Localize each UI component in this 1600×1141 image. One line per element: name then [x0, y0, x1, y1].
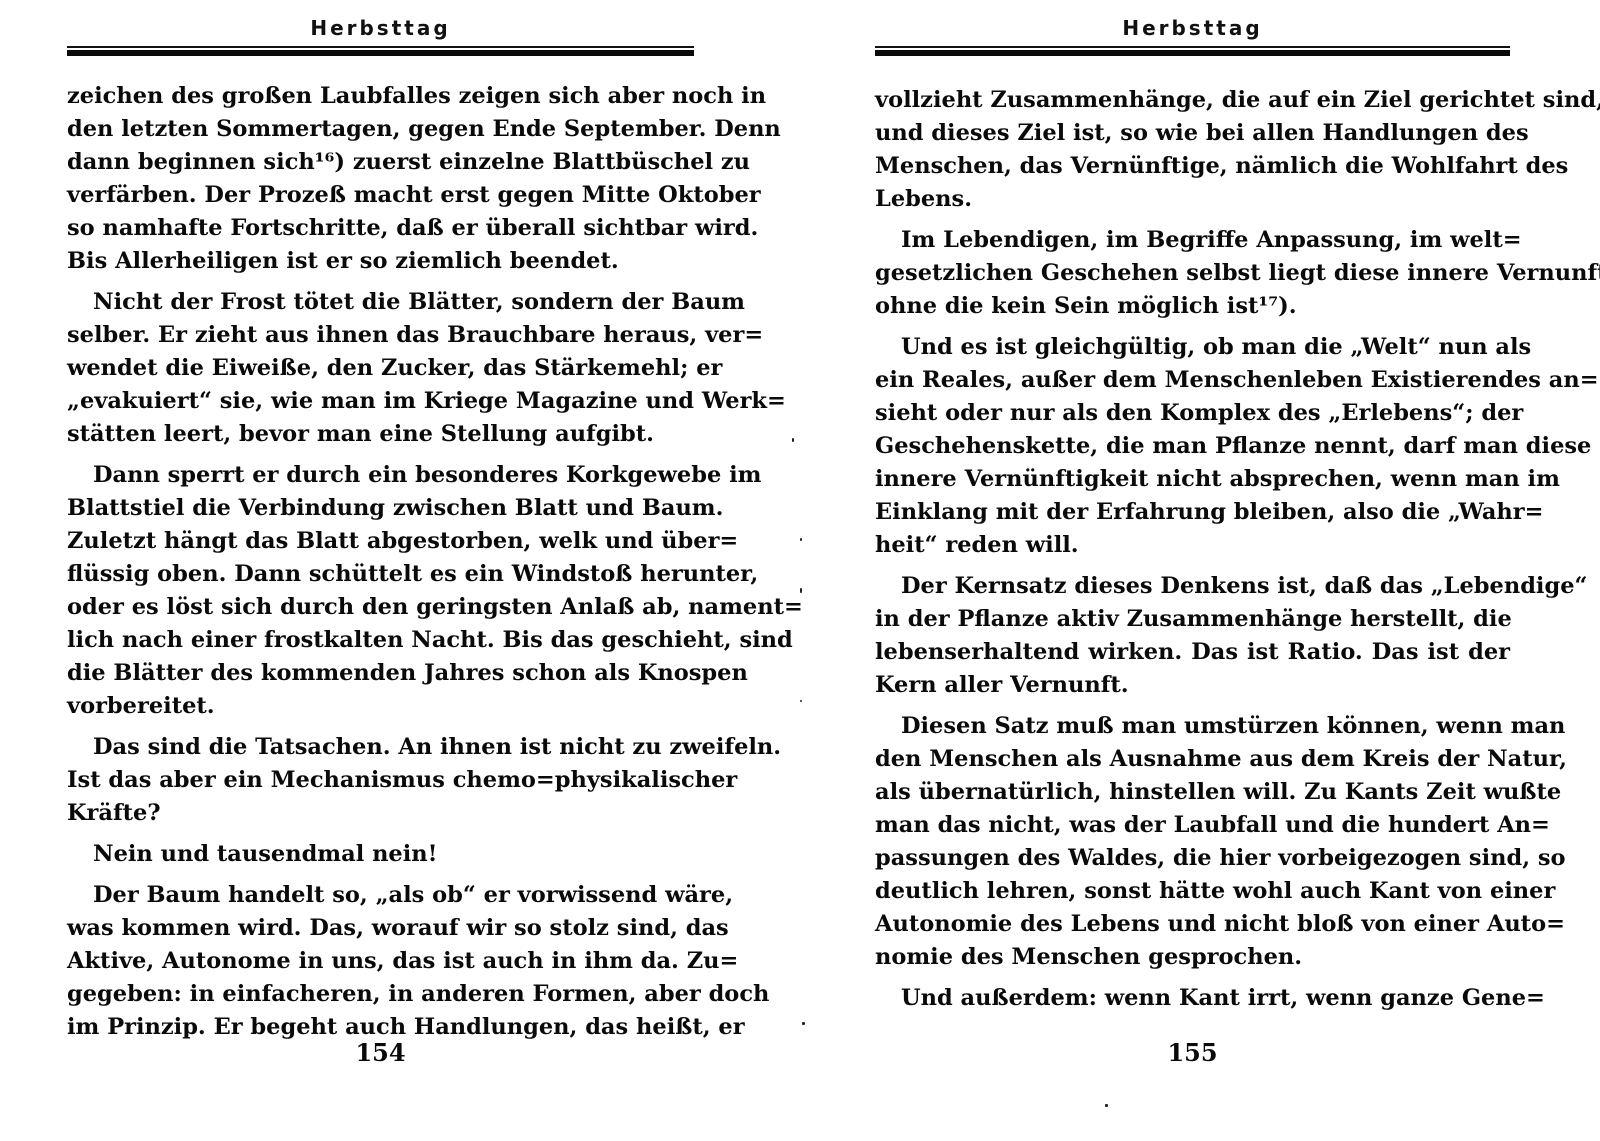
text-line: Im Lebendigen, im Begriffe Anpassung, im… [875, 224, 1510, 257]
text-line: lich nach einer frostkalten Nacht. Bis d… [67, 624, 694, 657]
text-line: Geschehenskette, die man Pflanze nennt, … [875, 430, 1510, 463]
header-rule-thick [67, 50, 694, 56]
paragraph: vollzieht Zusammenhänge, die auf ein Zie… [875, 84, 1510, 216]
text-line: Und außerdem: wenn Kant irrt, wenn ganze… [875, 982, 1510, 1015]
text-line: flüssig oben. Dann schüttelt es ein Wind… [67, 558, 694, 591]
text-line: „evakuiert“ sie, wie man im Kriege Magaz… [67, 385, 694, 418]
text-line: deutlich lehren, sonst hätte wohl auch K… [875, 875, 1510, 908]
text-line: innere Vernünftigkeit nicht absprechen, … [875, 463, 1510, 496]
paragraph: Das sind die Tatsachen. An ihnen ist nic… [67, 731, 694, 830]
text-line: vorbereitet. [67, 690, 694, 723]
running-head: Herbsttag [875, 16, 1510, 40]
header-rule [67, 46, 694, 56]
text-line: gegeben: in einfacheren, in anderen Form… [67, 978, 694, 1011]
text-line: und dieses Ziel ist, so wie bei allen Ha… [875, 117, 1510, 150]
text-line: lebenserhaltend wirken. Das ist Ratio. D… [875, 636, 1510, 669]
right-page: Herbsttag vollzieht Zusammenhänge, die a… [875, 0, 1510, 1141]
text-line: Der Kernsatz dieses Denkens ist, daß das… [875, 570, 1510, 603]
text-line: den letzten Sommertagen, gegen Ende Sept… [67, 113, 694, 146]
text-line: den Menschen als Ausnahme aus dem Kreis … [875, 743, 1510, 776]
header-rule-thin [67, 46, 694, 48]
text-line: dann beginnen sich¹⁶) zuerst einzelne Bl… [67, 146, 694, 179]
running-head: Herbsttag [67, 16, 694, 40]
text-line: so namhafte Fortschritte, daß er überall… [67, 212, 694, 245]
body-text: vollzieht Zusammenhänge, die auf ein Zie… [875, 84, 1510, 1023]
text-line: oder es löst sich durch den geringsten A… [67, 591, 694, 624]
text-line: ein Reales, außer dem Menschenleben Exis… [875, 364, 1510, 397]
paragraph: Nein und tausendmal nein! [67, 838, 694, 871]
text-line: Und es ist gleichgültig, ob man die „Wel… [875, 331, 1510, 364]
scan-speck [800, 700, 802, 702]
text-line: wendet die Eiweiße, den Zucker, das Stär… [67, 352, 694, 385]
paragraph: zeichen des großen Laubfalles zeigen sic… [67, 80, 694, 278]
scan-speck [792, 438, 794, 442]
text-line: Menschen, das Vernünftige, nämlich die W… [875, 150, 1510, 183]
text-line: verfärben. Der Prozeß macht erst gegen M… [67, 179, 694, 212]
text-line: Ist das aber ein Mechanismus chemo=physi… [67, 764, 694, 797]
text-line: Nicht der Frost tötet die Blätter, sonde… [67, 286, 694, 319]
text-line: Lebens. [875, 183, 1510, 216]
text-line: Einklang mit der Erfahrung bleiben, also… [875, 496, 1510, 529]
text-line: sieht oder nur als den Komplex des „Erle… [875, 397, 1510, 430]
text-line: stätten leert, bevor man eine Stellung a… [67, 418, 694, 451]
text-line: ohne die kein Sein möglich ist¹⁷). [875, 290, 1510, 323]
text-line: Blattstiel die Verbindung zwischen Blatt… [67, 492, 694, 525]
text-line: passungen des Waldes, die hier vorbeigez… [875, 842, 1510, 875]
body-text: zeichen des großen Laubfalles zeigen sic… [67, 80, 694, 1052]
text-line: man das nicht, was der Laubfall und die … [875, 809, 1510, 842]
paragraph: Dann sperrt er durch ein besonderes Kork… [67, 459, 694, 723]
text-line: vollzieht Zusammenhänge, die auf ein Zie… [875, 84, 1510, 117]
text-line: Diesen Satz muß man umstürzen können, we… [875, 710, 1510, 743]
text-line: Nein und tausendmal nein! [67, 838, 694, 871]
text-line: selber. Er zieht aus ihnen das Brauchbar… [67, 319, 694, 352]
paragraph: Der Kernsatz dieses Denkens ist, daß das… [875, 570, 1510, 702]
scan-speck [1105, 1104, 1108, 1107]
paragraph: Der Baum handelt so, „als ob“ er vorwiss… [67, 879, 694, 1044]
paragraph: Und es ist gleichgültig, ob man die „Wel… [875, 331, 1510, 562]
paragraph: Im Lebendigen, im Begriffe Anpassung, im… [875, 224, 1510, 323]
paragraph: Diesen Satz muß man umstürzen können, we… [875, 710, 1510, 974]
text-line: nomie des Menschen gesprochen. [875, 941, 1510, 974]
text-line: in der Pflanze aktiv Zusammenhänge herst… [875, 603, 1510, 636]
text-line: heit“ reden will. [875, 529, 1510, 562]
page-number: 155 [875, 1038, 1510, 1067]
text-line: zeichen des großen Laubfalles zeigen sic… [67, 80, 694, 113]
scan-speck [800, 538, 802, 541]
text-line: Aktive, Autonome in uns, das ist auch in… [67, 945, 694, 978]
text-line: was kommen wird. Das, worauf wir so stol… [67, 912, 694, 945]
header-rule [875, 46, 1510, 56]
left-page: Herbsttag zeichen des großen Laubfalles … [67, 0, 694, 1141]
text-line: Zuletzt hängt das Blatt abgestorben, wel… [67, 525, 694, 558]
text-line: Das sind die Tatsachen. An ihnen ist nic… [67, 731, 694, 764]
text-line: Dann sperrt er durch ein besonderes Kork… [67, 459, 694, 492]
text-line: Kräfte? [67, 797, 694, 830]
scan-speck [802, 1022, 805, 1025]
text-line: die Blätter des kommenden Jahres schon a… [67, 657, 694, 690]
text-line: Autonomie des Lebens und nicht bloß von … [875, 908, 1510, 941]
scan-speck [800, 588, 802, 593]
paragraph: Nicht der Frost tötet die Blätter, sonde… [67, 286, 694, 451]
text-line: gesetzlichen Geschehen selbst liegt dies… [875, 257, 1510, 290]
text-line: als übernatürlich, hinstellen will. Zu K… [875, 776, 1510, 809]
header-rule-thin [875, 46, 1510, 48]
text-line: Bis Allerheiligen ist er so ziemlich bee… [67, 245, 694, 278]
page-number: 154 [67, 1038, 694, 1067]
header-rule-thick [875, 50, 1510, 56]
text-line: Kern aller Vernunft. [875, 669, 1510, 702]
text-line: Der Baum handelt so, „als ob“ er vorwiss… [67, 879, 694, 912]
paragraph: Und außerdem: wenn Kant irrt, wenn ganze… [875, 982, 1510, 1015]
